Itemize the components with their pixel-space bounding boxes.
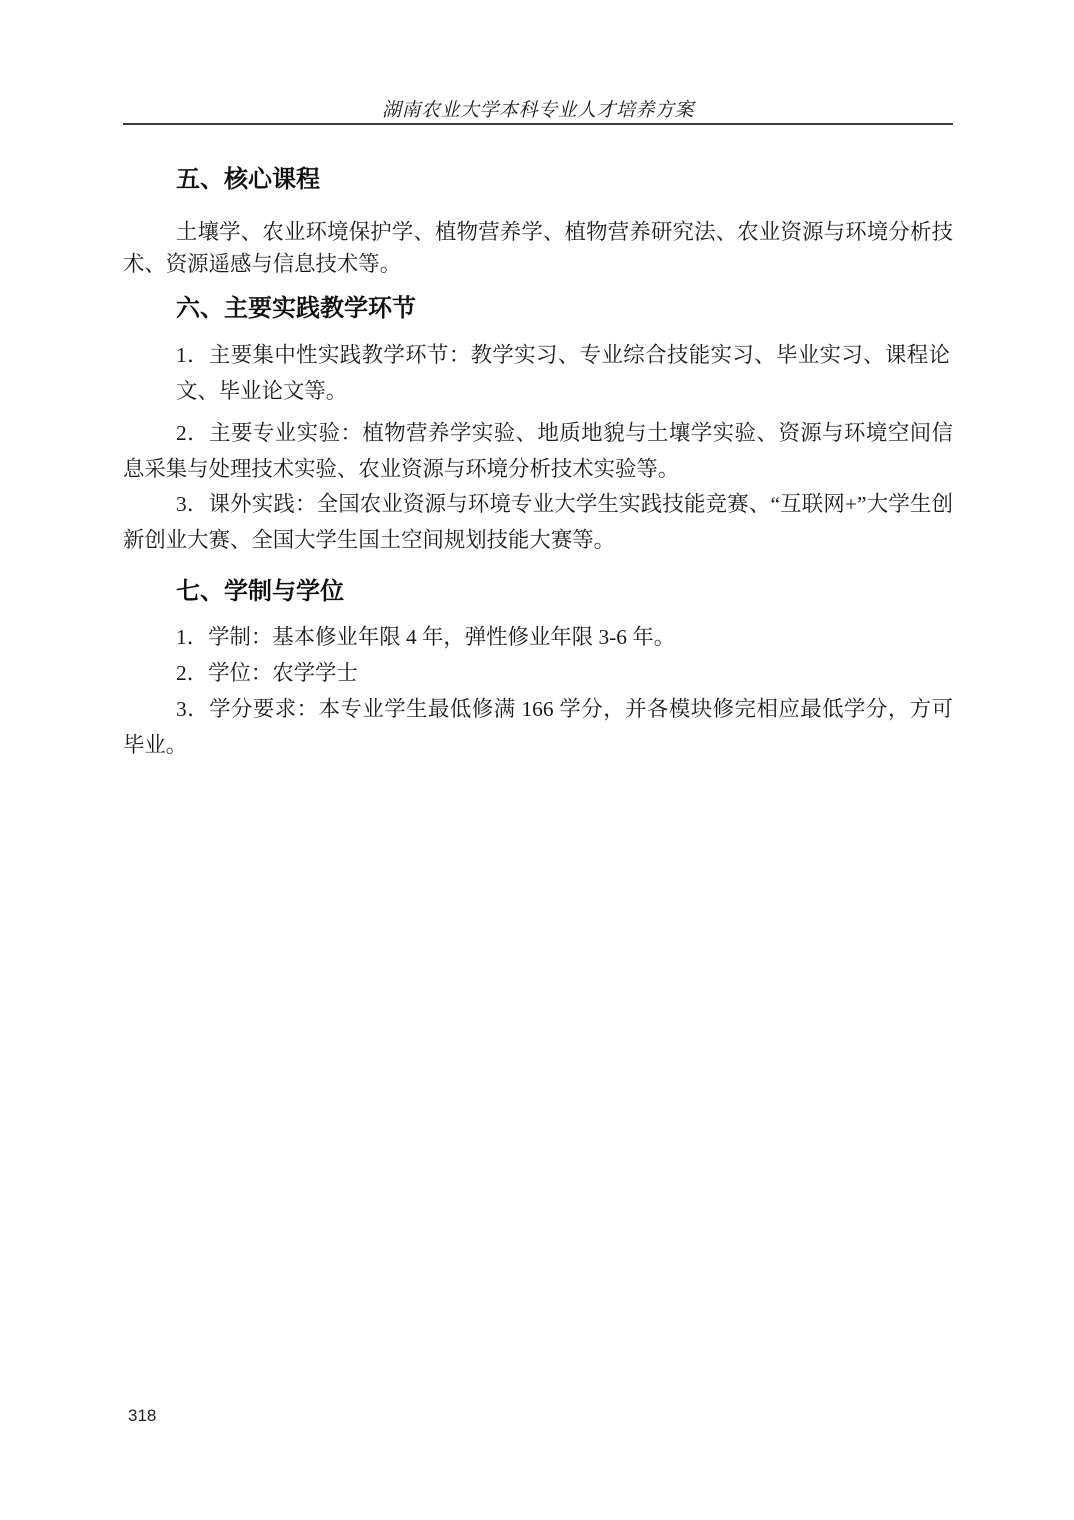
degree-item-degree-type: 2．学位：农学学士 xyxy=(123,656,953,692)
degree-item-study-duration: 1．学制：基本修业年限 4 年，弹性修业年限 3-6 年。 xyxy=(123,620,953,656)
section-heading-practice-teaching: 六、主要实践教学环节 xyxy=(176,294,416,324)
section-heading-core-courses: 五、核心课程 xyxy=(176,165,320,195)
document-page: 湖南农业大学本科专业人才培养方案 五、核心课程 土壤学、农业环境保护学、植物营养… xyxy=(0,0,1074,1520)
practice-item-centralized-teaching: 1．主要集中性实践教学环节：教学实习、专业综合技能实习、毕业实习、课程论文、毕业… xyxy=(176,338,950,409)
practice-item-extracurricular: 3．课外实践：全国农业资源与环境专业大学生实践技能竞赛、“互联网+”大学生创新创… xyxy=(123,487,953,558)
header-rule xyxy=(123,123,953,125)
page-number: 318 xyxy=(128,1406,156,1426)
core-courses-paragraph: 土壤学、农业环境保护学、植物营养学、植物营养研究法、农业资源与环境分析技术、资源… xyxy=(123,216,953,280)
section-heading-duration-degree: 七、学制与学位 xyxy=(176,577,344,607)
practice-item-major-experiments: 2．主要专业实验：植物营养学实验、地质地貌与土壤学实验、资源与环境空间信息采集与… xyxy=(123,416,953,487)
page-header-title: 湖南农业大学本科专业人才培养方案 xyxy=(123,100,953,122)
degree-item-credit-requirement: 3．学分要求：本专业学生最低修满 166 学分，并各模块修完相应最低学分，方可毕… xyxy=(123,692,953,763)
